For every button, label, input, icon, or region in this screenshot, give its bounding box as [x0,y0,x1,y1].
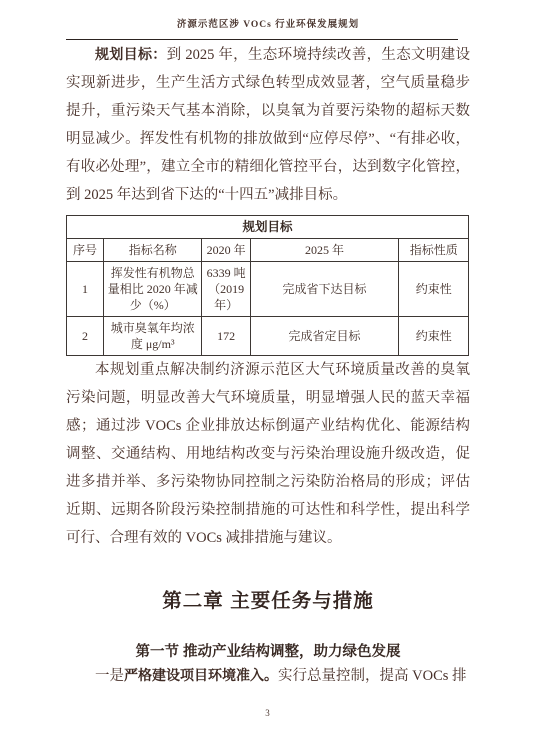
table-row: 2 城市臭氧年均浓度 μg/m³ 172 完成省定目标 约束性 [67,317,469,356]
cell-2025: 完成省下达目标 [250,262,399,317]
col-header-nature: 指标性质 [399,239,469,262]
col-header-no: 序号 [67,239,104,262]
table-row: 1 挥发性有机物总量相比 2020 年减少（%） 6339 吨（2019 年） … [67,262,469,317]
planning-goals-label: 规划目标： [95,46,167,62]
measure-one-text: 实行总量控制，提高 VOCs 排 [278,668,467,684]
paragraph-measure-one: 一是严格建设项目环境准入。实行总量控制，提高 VOCs 排 [66,661,470,690]
cell-no: 1 [67,262,104,317]
cell-no: 2 [67,317,104,356]
document-page: 济源示范区涉 VOCs 行业环保发展规划 规划目标：到 2025 年，生态环境持… [0,0,535,739]
table-header-row: 序号 指标名称 2020 年 2025 年 指标性质 [67,239,469,262]
chapter-heading: 第二章 主要任务与措施 [66,585,470,613]
cell-2020: 172 [202,317,250,356]
cell-name: 挥发性有机物总量相比 2020 年减少（%） [103,262,201,317]
cell-nature: 约束性 [399,317,469,356]
col-header-name: 指标名称 [103,239,201,262]
paragraph-plan-focus: 本规划重点解决制约济源示范区大气环境质量改善的臭氧污染问题，明显改善大气环境质量… [66,356,470,552]
cell-2020: 6339 吨（2019 年） [202,262,250,317]
table-title-row: 规划目标 [67,216,469,239]
section-heading: 第一节 推动产业结构调整，助力绿色发展 [66,640,470,661]
planning-goals-text: 到 2025 年，生态环境持续改善，生态文明建设实现新进步，生产生活方式绿色转型… [66,47,470,203]
measure-one-bold: 严格建设项目环境准入。 [124,667,278,683]
measure-one-prefix: 一是 [95,668,124,684]
cell-name: 城市臭氧年均浓度 μg/m³ [103,317,201,356]
cell-nature: 约束性 [399,262,469,317]
planning-goals-table: 规划目标 序号 指标名称 2020 年 2025 年 指标性质 1 挥发性有机物… [66,215,469,356]
col-header-2020: 2020 年 [202,239,250,262]
col-header-2025: 2025 年 [250,239,399,262]
page-header-title: 济源示范区涉 VOCs 行业环保发展规划 [66,13,470,30]
page-number: 3 [0,708,535,718]
paragraph-planning-goals: 规划目标：到 2025 年，生态环境持续改善，生态文明建设实现新进步，生产生活方… [66,40,470,209]
table-title: 规划目标 [67,216,469,239]
cell-2025: 完成省定目标 [250,317,399,356]
